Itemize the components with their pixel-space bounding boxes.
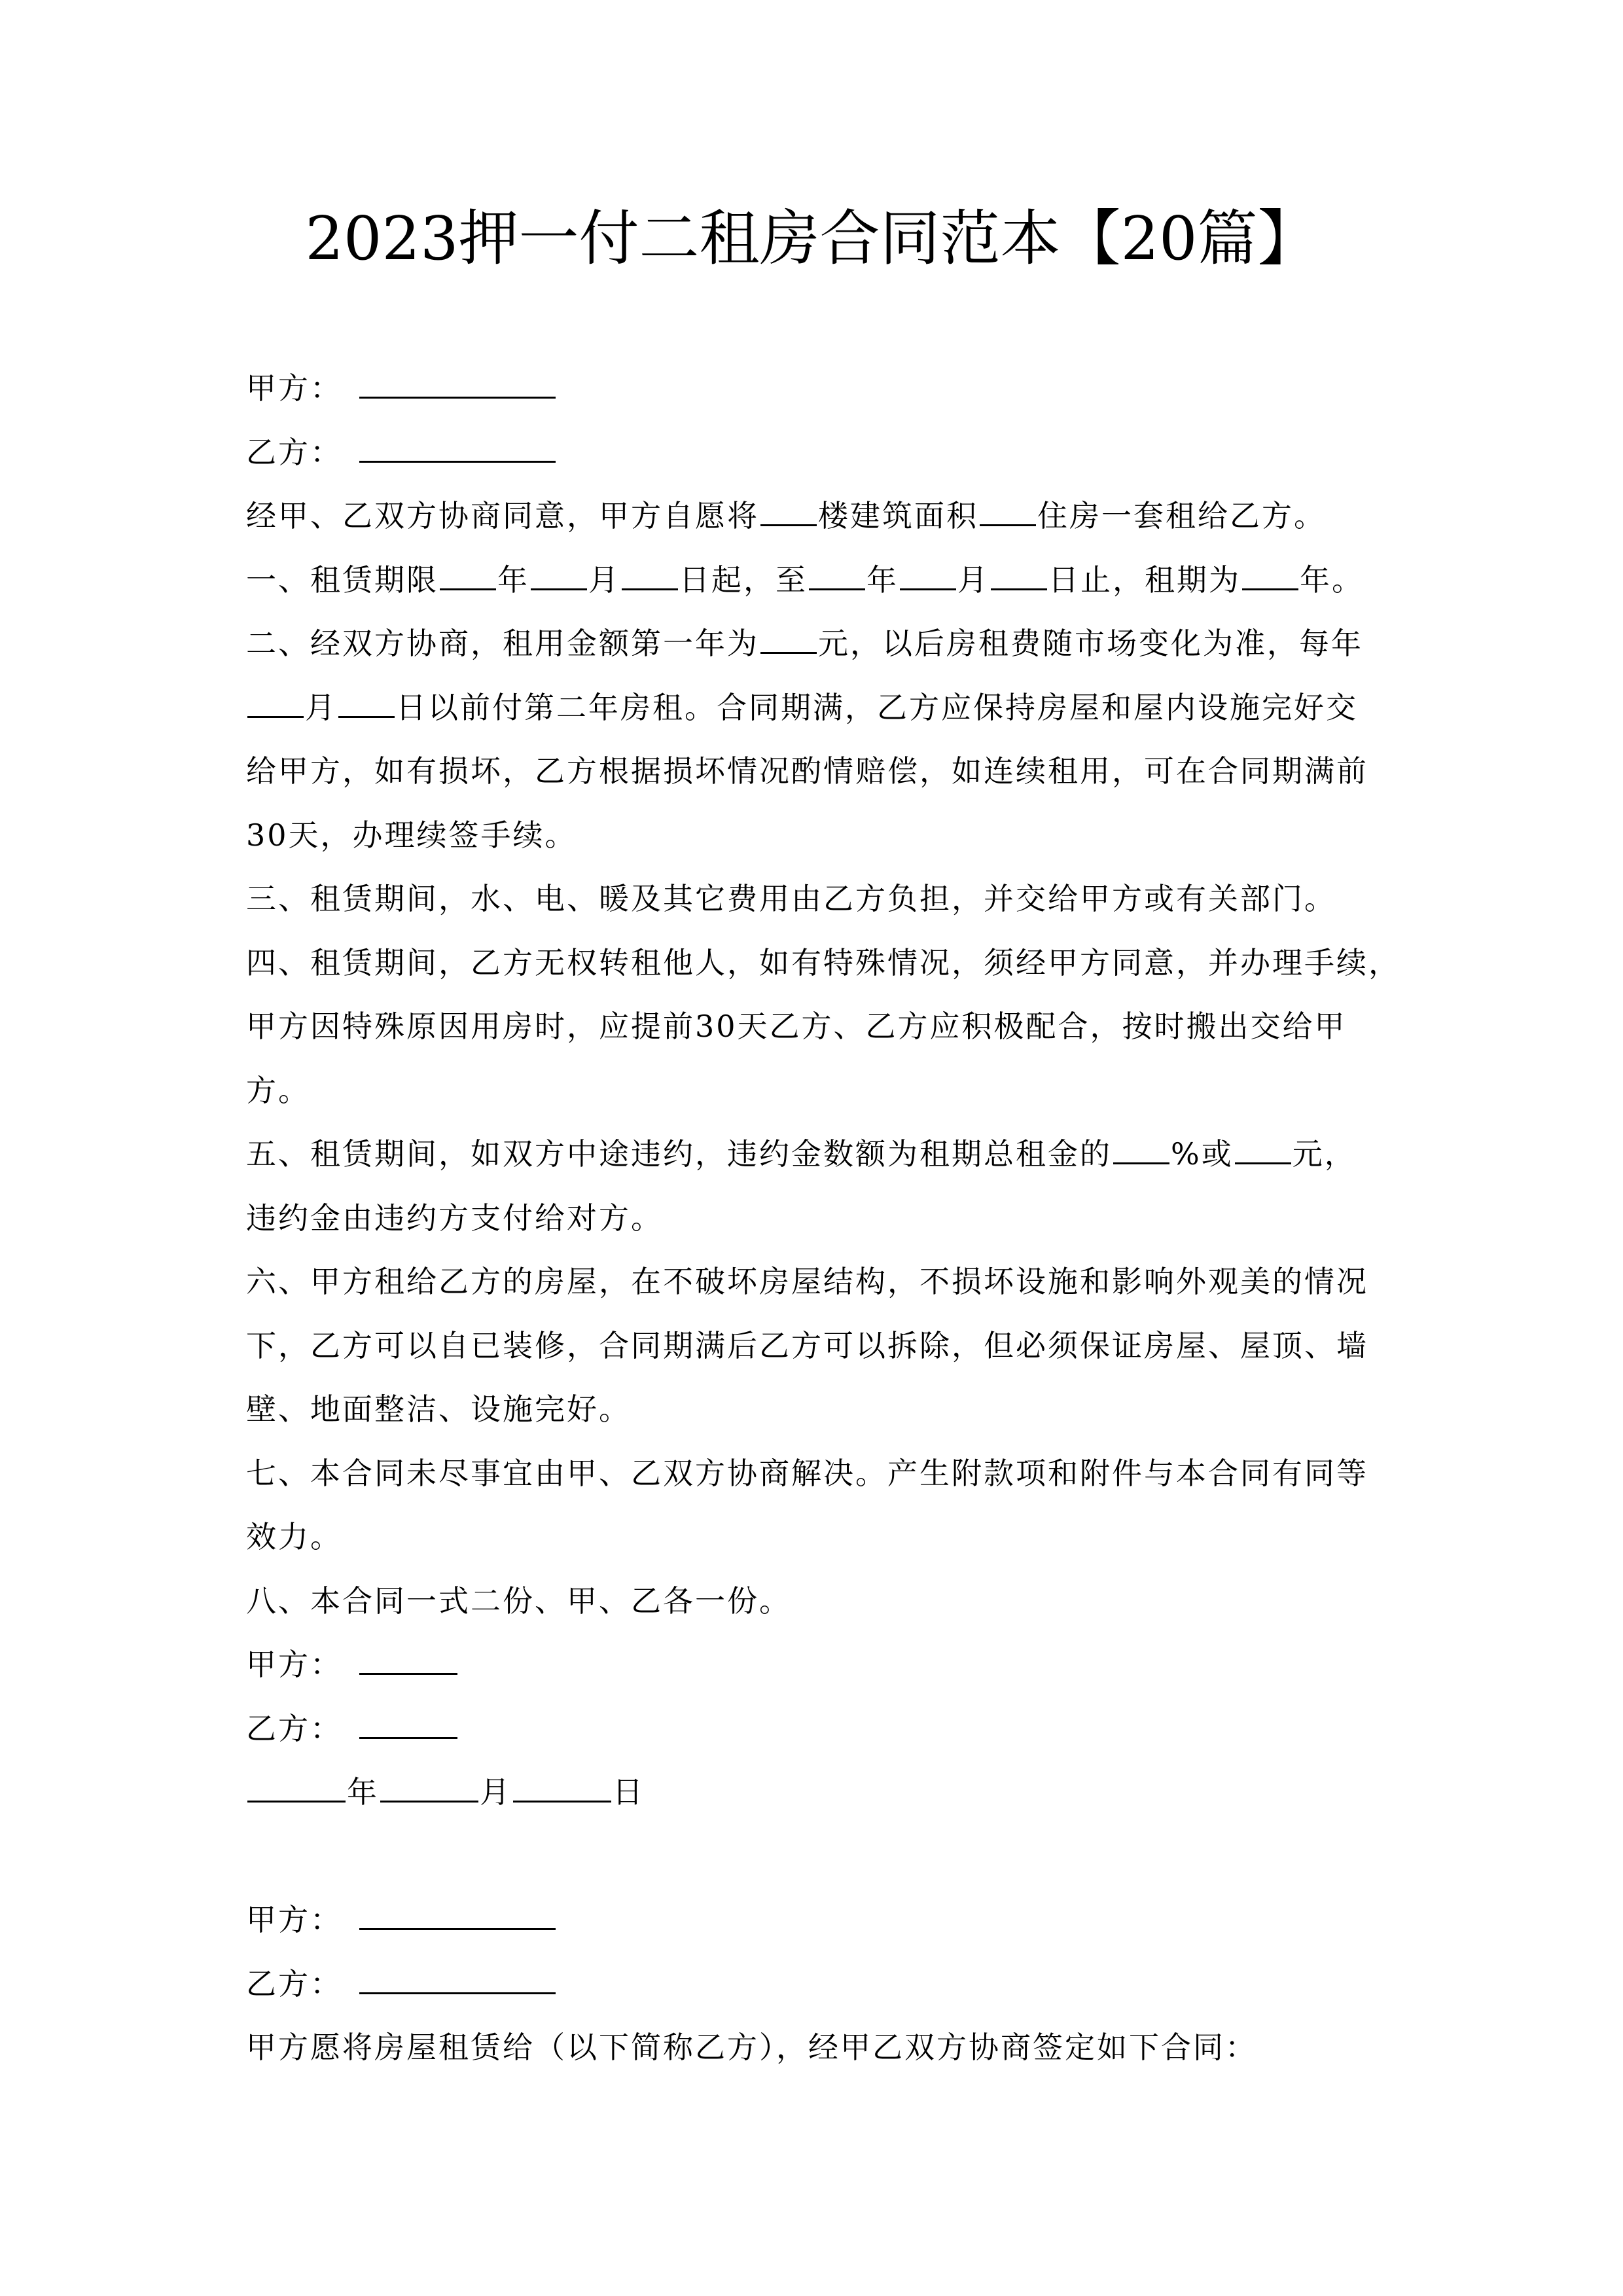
section2-party-a-line: 甲方： xyxy=(246,1888,1378,1952)
clause-6-line-2: 下，乙方可以自已装修，合同期满后乙方可以拆除，但必须保证房屋、屋顶、墙 xyxy=(246,1314,1378,1378)
text: 楼建筑面积 xyxy=(818,498,978,533)
text: 月 xyxy=(957,562,990,598)
intro-paragraph: 经甲、乙双方协商同意，甲方自愿将楼建筑面积住房一套租给乙方。 xyxy=(246,484,1378,548)
clause-4-line-1: 四、租赁期间，乙方无权转租他人，如有特殊情况，须经甲方同意，并办理手续， xyxy=(246,931,1378,996)
text: 年。 xyxy=(1300,562,1364,598)
party-b-label: 乙方： xyxy=(246,1966,342,2001)
clause-2-line-2: 月日以前付第二年房租。合同期满，乙方应保持房屋和屋内设施完好交 xyxy=(246,676,1378,740)
clause-8: 八、本合同一式二份、甲、乙各一份。 xyxy=(246,1570,1378,1634)
section2-party-a-blank[interactable] xyxy=(359,1899,556,1930)
signature-b-label: 乙方： xyxy=(246,1711,342,1746)
clause-2-line-4: 30天，办理续签手续。 xyxy=(246,804,1378,868)
clause-2-line-1: 二、经双方协商，租用金额第一年为元，以后房租费随市场变化为准，每年 xyxy=(246,612,1378,676)
party-a-blank[interactable] xyxy=(359,368,556,399)
text: 元， xyxy=(1293,1136,1357,1172)
section2-party-b-blank[interactable] xyxy=(359,1964,556,1994)
penalty-amount-blank[interactable] xyxy=(1235,1134,1291,1164)
clause-2-line-3: 给甲方，如有损坏，乙方根据损坏情况酌情赔偿，如连续租用，可在合同期满前 xyxy=(246,740,1378,804)
text: 日起，至 xyxy=(679,562,808,598)
building-blank[interactable] xyxy=(760,495,817,526)
area-blank[interactable] xyxy=(980,495,1036,526)
party-a-label: 甲方： xyxy=(246,1902,342,1937)
clause-6-line-3: 壁、地面整洁、设施完好。 xyxy=(246,1378,1378,1442)
signature-party-a: 甲方： xyxy=(246,1633,1378,1697)
section2-intro: 甲方愿将房屋租赁给（以下简称乙方），经甲乙双方协商签定如下合同： xyxy=(246,2016,1378,2080)
party-a-label: 甲方： xyxy=(246,370,342,406)
end-month-blank[interactable] xyxy=(900,560,956,590)
end-year-blank[interactable] xyxy=(809,560,865,590)
sign-year-blank[interactable] xyxy=(247,1772,346,1803)
signature-a-blank[interactable] xyxy=(359,1644,457,1675)
party-a-line: 甲方： xyxy=(246,357,1378,421)
clause-4-line-3: 方。 xyxy=(246,1059,1378,1123)
party-b-label: 乙方： xyxy=(246,435,342,470)
text: 年 xyxy=(866,562,899,598)
text: 月 xyxy=(588,562,620,598)
signature-party-b: 乙方： xyxy=(246,1697,1378,1761)
text: 年 xyxy=(347,1774,379,1810)
text: 日 xyxy=(613,1774,645,1810)
section2-party-b-line: 乙方： xyxy=(246,1952,1378,2017)
sign-month-blank[interactable] xyxy=(380,1772,478,1803)
text: 元，以后房租费随市场变化为准，每年 xyxy=(818,626,1363,661)
clause-4-line-2: 甲方因特殊原因用房时，应提前30天乙方、乙方应积极配合，按时搬出交给甲 xyxy=(246,995,1378,1059)
text: 二、经双方协商，租用金额第一年为 xyxy=(246,626,759,661)
text: 住房一套租给乙方。 xyxy=(1037,498,1326,533)
clause-6-line-1: 六、甲方租给乙方的房屋，在不破坏房屋结构，不损坏设施和影响外观美的情况 xyxy=(246,1250,1378,1314)
text: 经甲、乙双方协商同意，甲方自愿将 xyxy=(246,498,759,533)
start-month-blank[interactable] xyxy=(531,560,587,590)
text: 日止，租期为 xyxy=(1048,562,1241,598)
text: 月 xyxy=(480,1774,512,1810)
term-years-blank[interactable] xyxy=(1242,560,1298,590)
clause-7-line-1: 七、本合同未尽事宜由甲、乙双方协商解决。产生附款项和附件与本合同有同等 xyxy=(246,1442,1378,1506)
text: 年 xyxy=(497,562,529,598)
text: 日以前付第二年房租。合同期满，乙方应保持房屋和屋内设施完好交 xyxy=(396,690,1358,725)
text: 一、租赁期限 xyxy=(246,562,438,598)
pay-month-blank[interactable] xyxy=(247,687,304,718)
text: 五、租赁期间，如双方中途违约，违约金数额为租期总租金的 xyxy=(246,1136,1112,1172)
signature-a-label: 甲方： xyxy=(246,1647,342,1682)
clause-7-line-2: 效力。 xyxy=(246,1505,1378,1570)
clause-3: 三、租赁期间，水、电、暖及其它费用由乙方负担，并交给甲方或有关部门。 xyxy=(246,867,1378,931)
signature-b-blank[interactable] xyxy=(359,1708,457,1739)
sign-day-blank[interactable] xyxy=(513,1772,611,1803)
document-body: 甲方： 乙方： 经甲、乙双方协商同意，甲方自愿将楼建筑面积住房一套租给乙方。 一… xyxy=(246,357,1378,2080)
document-title: 2023押一付二租房合同范本【20篇】 xyxy=(0,196,1623,281)
start-day-blank[interactable] xyxy=(622,560,678,590)
clause-5-line-1: 五、租赁期间，如双方中途违约，违约金数额为租期总租金的%或元， xyxy=(246,1122,1378,1187)
penalty-percent-blank[interactable] xyxy=(1113,1134,1169,1164)
pay-day-blank[interactable] xyxy=(338,687,395,718)
rent-amount-blank[interactable] xyxy=(760,623,817,654)
text: 月 xyxy=(305,690,337,725)
clause-5-line-2: 违约金由违约方支付给对方。 xyxy=(246,1187,1378,1251)
party-b-line: 乙方： xyxy=(246,421,1378,485)
signature-date: 年月日 xyxy=(246,1761,1378,1825)
clause-1: 一、租赁期限年月日起，至年月日止，租期为年。 xyxy=(246,548,1378,613)
party-b-blank[interactable] xyxy=(359,432,556,463)
end-day-blank[interactable] xyxy=(991,560,1047,590)
text: %或 xyxy=(1171,1136,1234,1172)
section-gap xyxy=(246,1825,1378,1889)
start-year-blank[interactable] xyxy=(440,560,496,590)
